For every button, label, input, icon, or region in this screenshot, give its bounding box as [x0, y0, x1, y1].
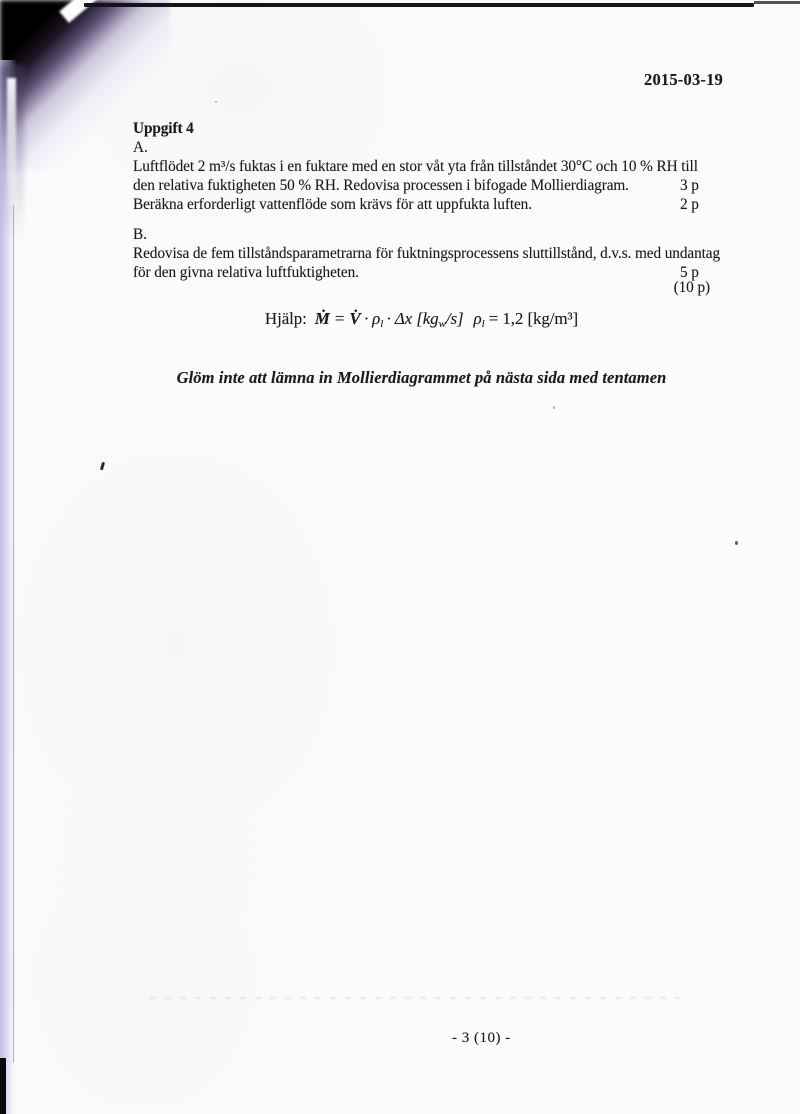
- points-value: 5 p: [680, 263, 699, 282]
- formula-equals: =: [330, 309, 350, 328]
- density-unit: [kg/m³]: [527, 309, 578, 328]
- task-line-text: Beräkna erforderligt vattenflöde som krä…: [133, 195, 532, 214]
- formula-unit-subscript: w: [439, 318, 446, 330]
- formula-unit-open: [kg: [416, 309, 438, 328]
- task-line: Beräkna erforderligt vattenflöde som krä…: [133, 195, 710, 214]
- task-line: Luftflödet 2 m³/s fuktas i en fuktare me…: [133, 157, 710, 176]
- task-line-text: Redovisa de fem tillståndsparametrarna f…: [133, 244, 720, 263]
- document-date: 2015-03-19: [644, 70, 723, 90]
- formula-cdot: ·: [383, 309, 395, 328]
- scan-bottom-left-bar: [0, 1058, 6, 1114]
- task-line-text: Luftflödet 2 m³/s fuktas i en fuktare me…: [133, 157, 698, 176]
- task-line-text: för den givna relativa luftfuktigheten.: [133, 263, 359, 282]
- formula-unit-close: /s]: [446, 309, 464, 328]
- density-value: = 1,2: [489, 309, 524, 328]
- scan-speckle: [215, 101, 217, 103]
- density-rho: ρ: [474, 309, 482, 328]
- task-title-row: Uppgift 4: [133, 119, 710, 138]
- section-a-label: A.: [133, 138, 148, 157]
- page-number: - 3 (10) -: [452, 1030, 511, 1047]
- formula-delta-x: Δx: [395, 309, 412, 328]
- scan-noise-line: [150, 997, 680, 999]
- scanned-exam-page: 2015-03-19 Uppgift 4 A. Luftflödet 2 m³/…: [0, 0, 800, 1114]
- scan-top-edge-line: [84, 3, 754, 7]
- scan-pink-line-artifact: [13, 205, 15, 1063]
- help-label: Hjälp:: [265, 309, 315, 328]
- points-value: 3 p: [680, 176, 699, 195]
- reminder-note: Glöm inte att lämna in Mollierdiagrammet…: [133, 368, 710, 387]
- points-value: 2 p: [680, 195, 699, 214]
- section-a-label-row: A.: [133, 138, 710, 157]
- formula-cdot: ·: [361, 309, 373, 328]
- scan-top-edge-line-tail: [754, 1, 800, 4]
- task-line-text: den relativa fuktigheten 50 % RH. Redovi…: [133, 176, 629, 195]
- density-rho-subscript: l: [482, 318, 485, 330]
- help-formula: Hjälp:Ṁ=V̇·ρl·Δx [kgw/s]ρl = 1,2 [kg/m³]: [133, 309, 710, 335]
- task-title: Uppgift 4: [133, 119, 194, 138]
- task-line: för den givna relativa luftfuktigheten. …: [133, 263, 710, 282]
- formula-m-dot: Ṁ: [315, 309, 330, 328]
- scan-left-edge-highlight: [7, 78, 16, 228]
- section-b-label: B.: [133, 225, 147, 244]
- exam-content: Uppgift 4 A. Luftflödet 2 m³/s fuktas i …: [133, 119, 710, 387]
- formula-v-dot: V̇: [349, 309, 360, 328]
- scan-speckle: [553, 406, 555, 409]
- section-b-label-row: B.: [133, 225, 710, 244]
- stray-pen-mark: [100, 462, 105, 471]
- scan-speckle: [735, 541, 738, 545]
- formula-rho: ρ: [372, 309, 380, 328]
- task-line: den relativa fuktigheten 50 % RH. Redovi…: [133, 176, 710, 195]
- task-line: Redovisa de fem tillståndsparametrarna f…: [133, 244, 710, 263]
